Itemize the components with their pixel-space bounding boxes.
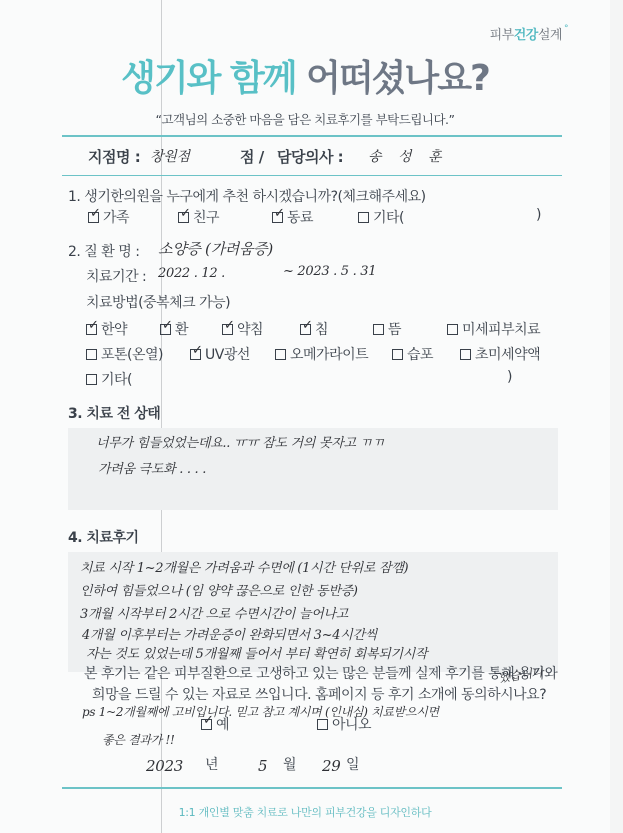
- checkbox-checked-icon[interactable]: [178, 212, 189, 223]
- date-day-label: 일: [346, 754, 359, 774]
- q3-answer-line-1: 너무가 힘들었었는데요.. ㅠㅠ 잠도 거의 못자고 ㄲㄲ: [96, 432, 384, 451]
- method-pill[interactable]: 환: [160, 319, 188, 339]
- q2-period-label: 치료기간 :: [86, 266, 146, 286]
- checkbox-checked-icon[interactable]: [190, 349, 201, 360]
- divider-bottom: [62, 787, 562, 789]
- brand-suffix: 설계: [538, 28, 562, 43]
- branch-value[interactable]: 창원점: [150, 146, 190, 166]
- q4-answer-line-2: 인하여 힘들었으나 (임 양약 끊은으로 인한 동반증): [80, 580, 358, 599]
- method-acupuncture[interactable]: 침: [300, 319, 328, 339]
- q1-option-family[interactable]: 가족: [88, 207, 129, 227]
- brand-prefix: 피부: [490, 28, 514, 43]
- consent-ps-line-1: ps 1~2개월째에 고비입니다. 믿고 참고 계시며 (인내심) 치료받으시면: [82, 703, 439, 720]
- q3-answer-line-2: 가려움 극도화 . . . .: [98, 458, 206, 477]
- checkbox-checked-icon[interactable]: [222, 324, 233, 335]
- q1-question: 1. 생기한의원을 누구에게 추천 하시겠습니까?(체크해주세요): [68, 186, 426, 206]
- method-other-close: ): [507, 369, 512, 385]
- page-title: 생기와 함께 어떠셨나요?: [0, 50, 610, 101]
- date-year-label: 년: [205, 754, 218, 774]
- divider-top: [62, 135, 562, 137]
- q3-heading: 3. 치료 전 상태: [68, 403, 160, 423]
- brand-logo: 피부건강설계°: [490, 24, 568, 43]
- consent-text-line-1: 본 후기는 같은 피부질환으로 고생하고 있는 많은 분들께 실제 후기를 통해…: [84, 663, 557, 683]
- method-micro-skin-treatment[interactable]: 미세피부치료: [447, 319, 540, 339]
- checkbox-checked-icon[interactable]: [88, 212, 99, 223]
- title-part2: 어떠셨나요?: [306, 58, 489, 99]
- checkbox-checked-icon[interactable]: [86, 324, 97, 335]
- doctor-value[interactable]: 송 성 훈: [368, 146, 447, 166]
- q1-other-close: ): [536, 207, 541, 223]
- consent-yes[interactable]: 예: [201, 714, 229, 734]
- method-pharmacopuncture[interactable]: 약침: [222, 319, 263, 339]
- q2-disease-label: 2. 질 환 명 :: [68, 241, 139, 261]
- checkbox-checked-icon[interactable]: [201, 719, 212, 730]
- consent-no[interactable]: 아니오: [317, 714, 371, 734]
- q1-option-other[interactable]: 기타(: [358, 207, 404, 227]
- checkbox-icon[interactable]: [358, 212, 369, 223]
- checkbox-checked-icon[interactable]: [160, 324, 171, 335]
- method-ultra-fine-solution[interactable]: 초미세약액: [460, 344, 540, 364]
- method-herbal-medicine[interactable]: 한약: [86, 319, 127, 339]
- q4-heading: 4. 치료후기: [68, 527, 139, 547]
- q2-period-end[interactable]: ~ 2023 . 5 . 31: [283, 264, 376, 279]
- method-uv-light[interactable]: UV광선: [190, 344, 250, 364]
- consent-ps-line-2: 좋은 결과가 !!: [102, 731, 175, 748]
- q1-option-colleague[interactable]: 동료: [272, 207, 313, 227]
- checkbox-icon[interactable]: [317, 719, 328, 730]
- checkbox-icon[interactable]: [460, 349, 471, 360]
- q2-disease-value[interactable]: 소양증 (가려움증): [158, 238, 273, 259]
- date-year-value[interactable]: 2023: [146, 757, 183, 775]
- checkbox-checked-icon[interactable]: [272, 212, 283, 223]
- q2-period-start[interactable]: 2022 . 12 .: [158, 266, 225, 281]
- checkbox-icon[interactable]: [275, 349, 286, 360]
- review-form-page: 피부건강설계° 생기와 함께 어떠셨나요? “고객님의 소중한 마음을 담은 치…: [0, 0, 610, 833]
- q4-answer-line-3: 3개월 시작부터 2시간 으로 수면시간이 늘어나고: [80, 603, 348, 622]
- method-wet-compress[interactable]: 습포: [392, 344, 433, 364]
- doctor-label: 담당의사 :: [277, 146, 343, 167]
- page-subtitle: “고객님의 소중한 마음을 담은 치료후기를 부탁드립니다.”: [0, 110, 610, 128]
- consent-text-line-2: 희망을 드릴 수 있는 자료로 쓰입니다. 홈페이지 등 후기 소개에 동의하시…: [92, 684, 546, 704]
- q4-answer-line-4: 4개월 이후부터는 가려운증이 완화되면서 3~4시간씩: [82, 624, 377, 643]
- method-omega-light[interactable]: 오메가라이트: [275, 344, 368, 364]
- title-part1: 생기와 함께: [121, 58, 295, 99]
- brand-accent: 건강: [514, 28, 538, 43]
- checkbox-icon[interactable]: [86, 374, 97, 385]
- q4-answer-line-1: 치료 시작 1~2개월은 가려움과 수면에 (1시간 단위로 잠깸): [80, 557, 408, 576]
- method-moxibustion[interactable]: 뜸: [373, 319, 401, 339]
- divider-header: [62, 175, 562, 176]
- q2-method-label: 치료방법(중복체크 가능): [86, 292, 230, 312]
- q4-answer-line-5: 자는 것도 있었는데 5개월째 들어서 부터 확연히 회복되기시작: [86, 643, 427, 662]
- date-month-label: 월: [283, 754, 296, 774]
- checkbox-icon[interactable]: [86, 349, 97, 360]
- branch-label: 지점명 :: [88, 146, 140, 167]
- brand-mark-icon: °: [564, 24, 568, 34]
- date-month-value[interactable]: 5: [258, 757, 267, 775]
- checkbox-checked-icon[interactable]: [300, 324, 311, 335]
- checkbox-icon[interactable]: [447, 324, 458, 335]
- method-other[interactable]: 기타(: [86, 369, 132, 389]
- method-photon[interactable]: 포톤(온열): [86, 344, 163, 364]
- q1-option-friend[interactable]: 친구: [178, 207, 219, 227]
- checkbox-icon[interactable]: [373, 324, 384, 335]
- checkbox-icon[interactable]: [392, 349, 403, 360]
- branch-suffix: 점 /: [240, 146, 264, 167]
- date-day-value[interactable]: 29: [322, 757, 341, 775]
- footer-slogan: 1:1 개인별 맞춤 치료로 나만의 피부건강을 디자인하다: [0, 804, 610, 820]
